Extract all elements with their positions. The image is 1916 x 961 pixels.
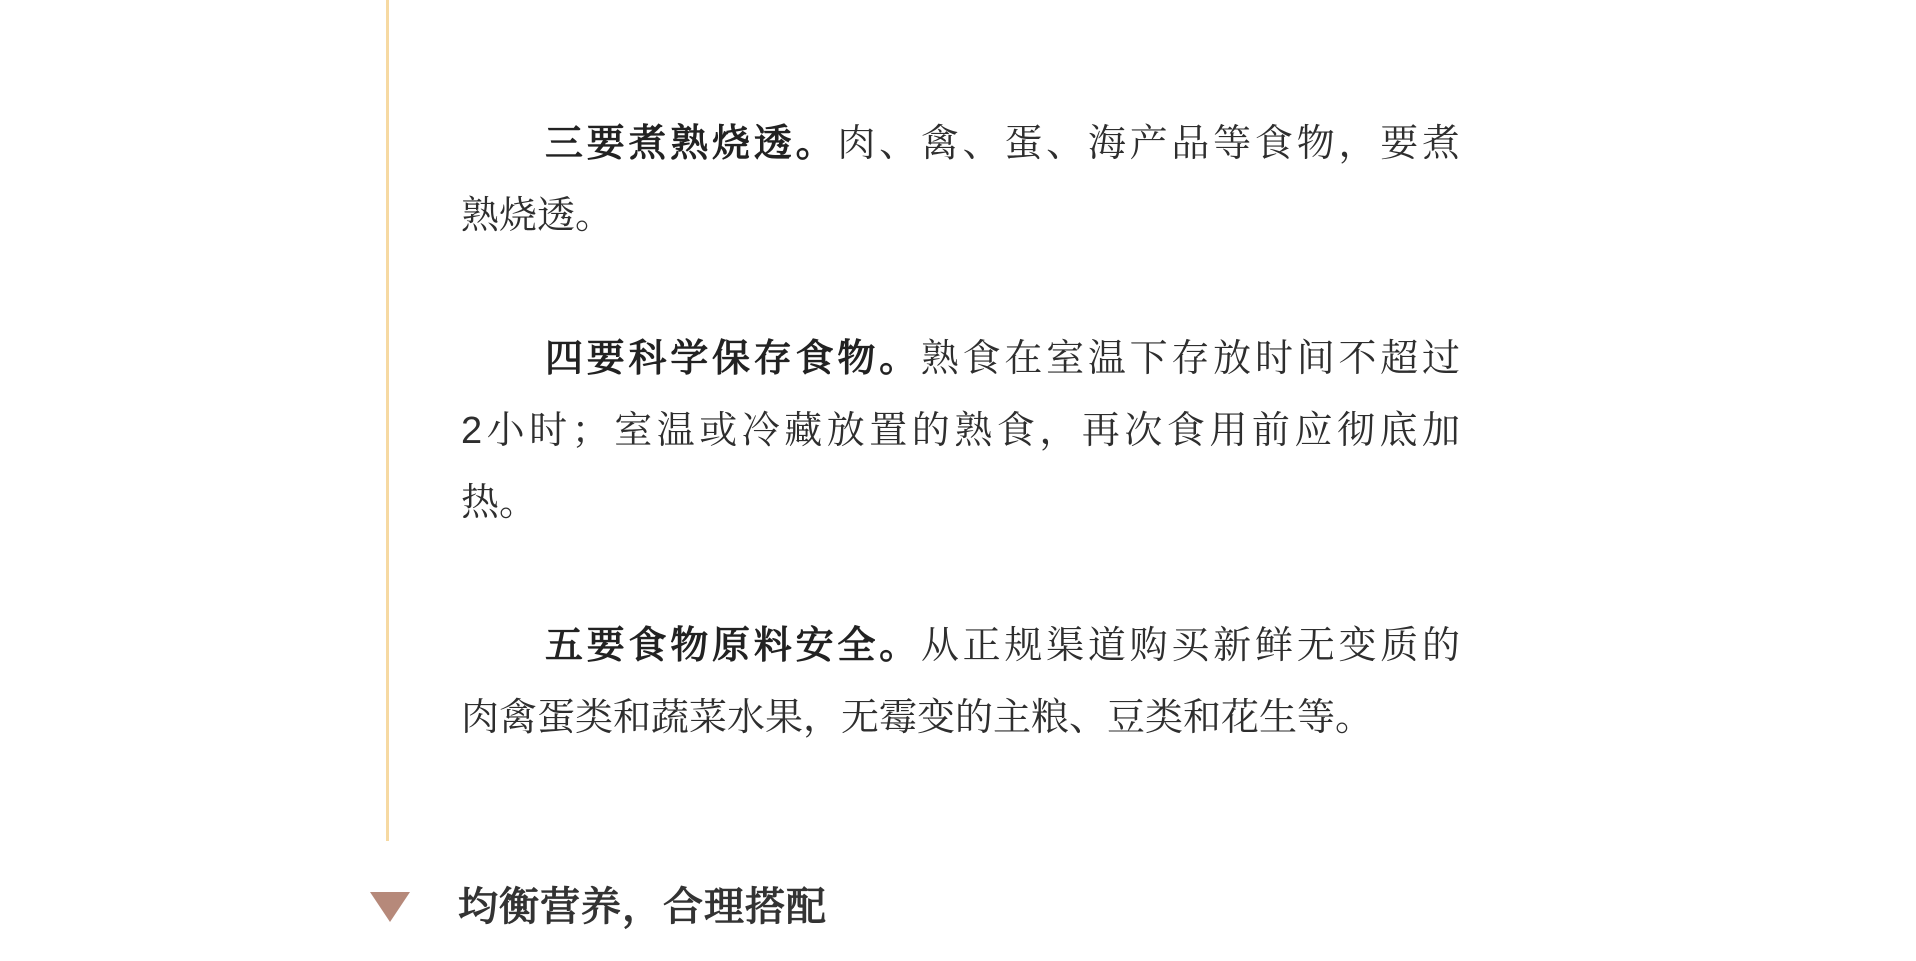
paragraph-text: 从正规渠道购买新鲜无变质的 — [921, 625, 1460, 667]
vertical-divider-line — [386, 0, 389, 841]
paragraph-lead-bold: 四要科学保存食物。 — [545, 338, 921, 380]
paragraph-lead-bold: 三要煮熟烧透。 — [545, 123, 837, 165]
triangle-down-icon — [370, 892, 410, 922]
text-line: 三要煮熟烧透。肉、禽、蛋、海产品等食物，要煮 — [461, 108, 1460, 180]
paragraph-text: 2小时；室温或冷藏放置的熟食，再次食用前应彻底加 — [461, 410, 1460, 452]
section-heading: 均衡营养，合理搭配 — [458, 884, 827, 930]
text-line: 肉禽蛋类和蔬菜水果，无霉变的主粮、豆类和花生等。 — [461, 682, 1460, 754]
paragraph-cook-thoroughly: 三要煮熟烧透。肉、禽、蛋、海产品等食物，要煮 熟烧透。 — [461, 108, 1460, 252]
text-line: 2小时；室温或冷藏放置的熟食，再次食用前应彻底加 — [461, 395, 1460, 467]
paragraph-store-food-scientifically: 四要科学保存食物。熟食在室温下存放时间不超过 2小时；室温或冷藏放置的熟食，再次… — [461, 323, 1460, 539]
paragraph-text: 肉禽蛋类和蔬菜水果，无霉变的主粮、豆类和花生等。 — [461, 697, 1373, 739]
text-line: 热。 — [461, 467, 1460, 539]
article-body: 三要煮熟烧透。肉、禽、蛋、海产品等食物，要煮 熟烧透。 四要科学保存食物。熟食在… — [461, 108, 1460, 754]
text-line: 五要食物原料安全。从正规渠道购买新鲜无变质的 — [461, 610, 1460, 682]
paragraph-text: 熟食在室温下存放时间不超过 — [921, 338, 1460, 380]
text-line: 熟烧透。 — [461, 180, 1460, 252]
paragraph-safe-raw-ingredients: 五要食物原料安全。从正规渠道购买新鲜无变质的 肉禽蛋类和蔬菜水果，无霉变的主粮、… — [461, 610, 1460, 754]
text-line: 四要科学保存食物。熟食在室温下存放时间不超过 — [461, 323, 1460, 395]
paragraph-text: 热。 — [461, 482, 537, 524]
paragraph-lead-bold: 五要食物原料安全。 — [545, 625, 921, 667]
paragraph-text: 肉、禽、蛋、海产品等食物，要煮 — [837, 123, 1460, 165]
paragraph-text: 熟烧透。 — [461, 195, 613, 237]
section-heading-row: 均衡营养，合理搭配 — [370, 884, 827, 930]
